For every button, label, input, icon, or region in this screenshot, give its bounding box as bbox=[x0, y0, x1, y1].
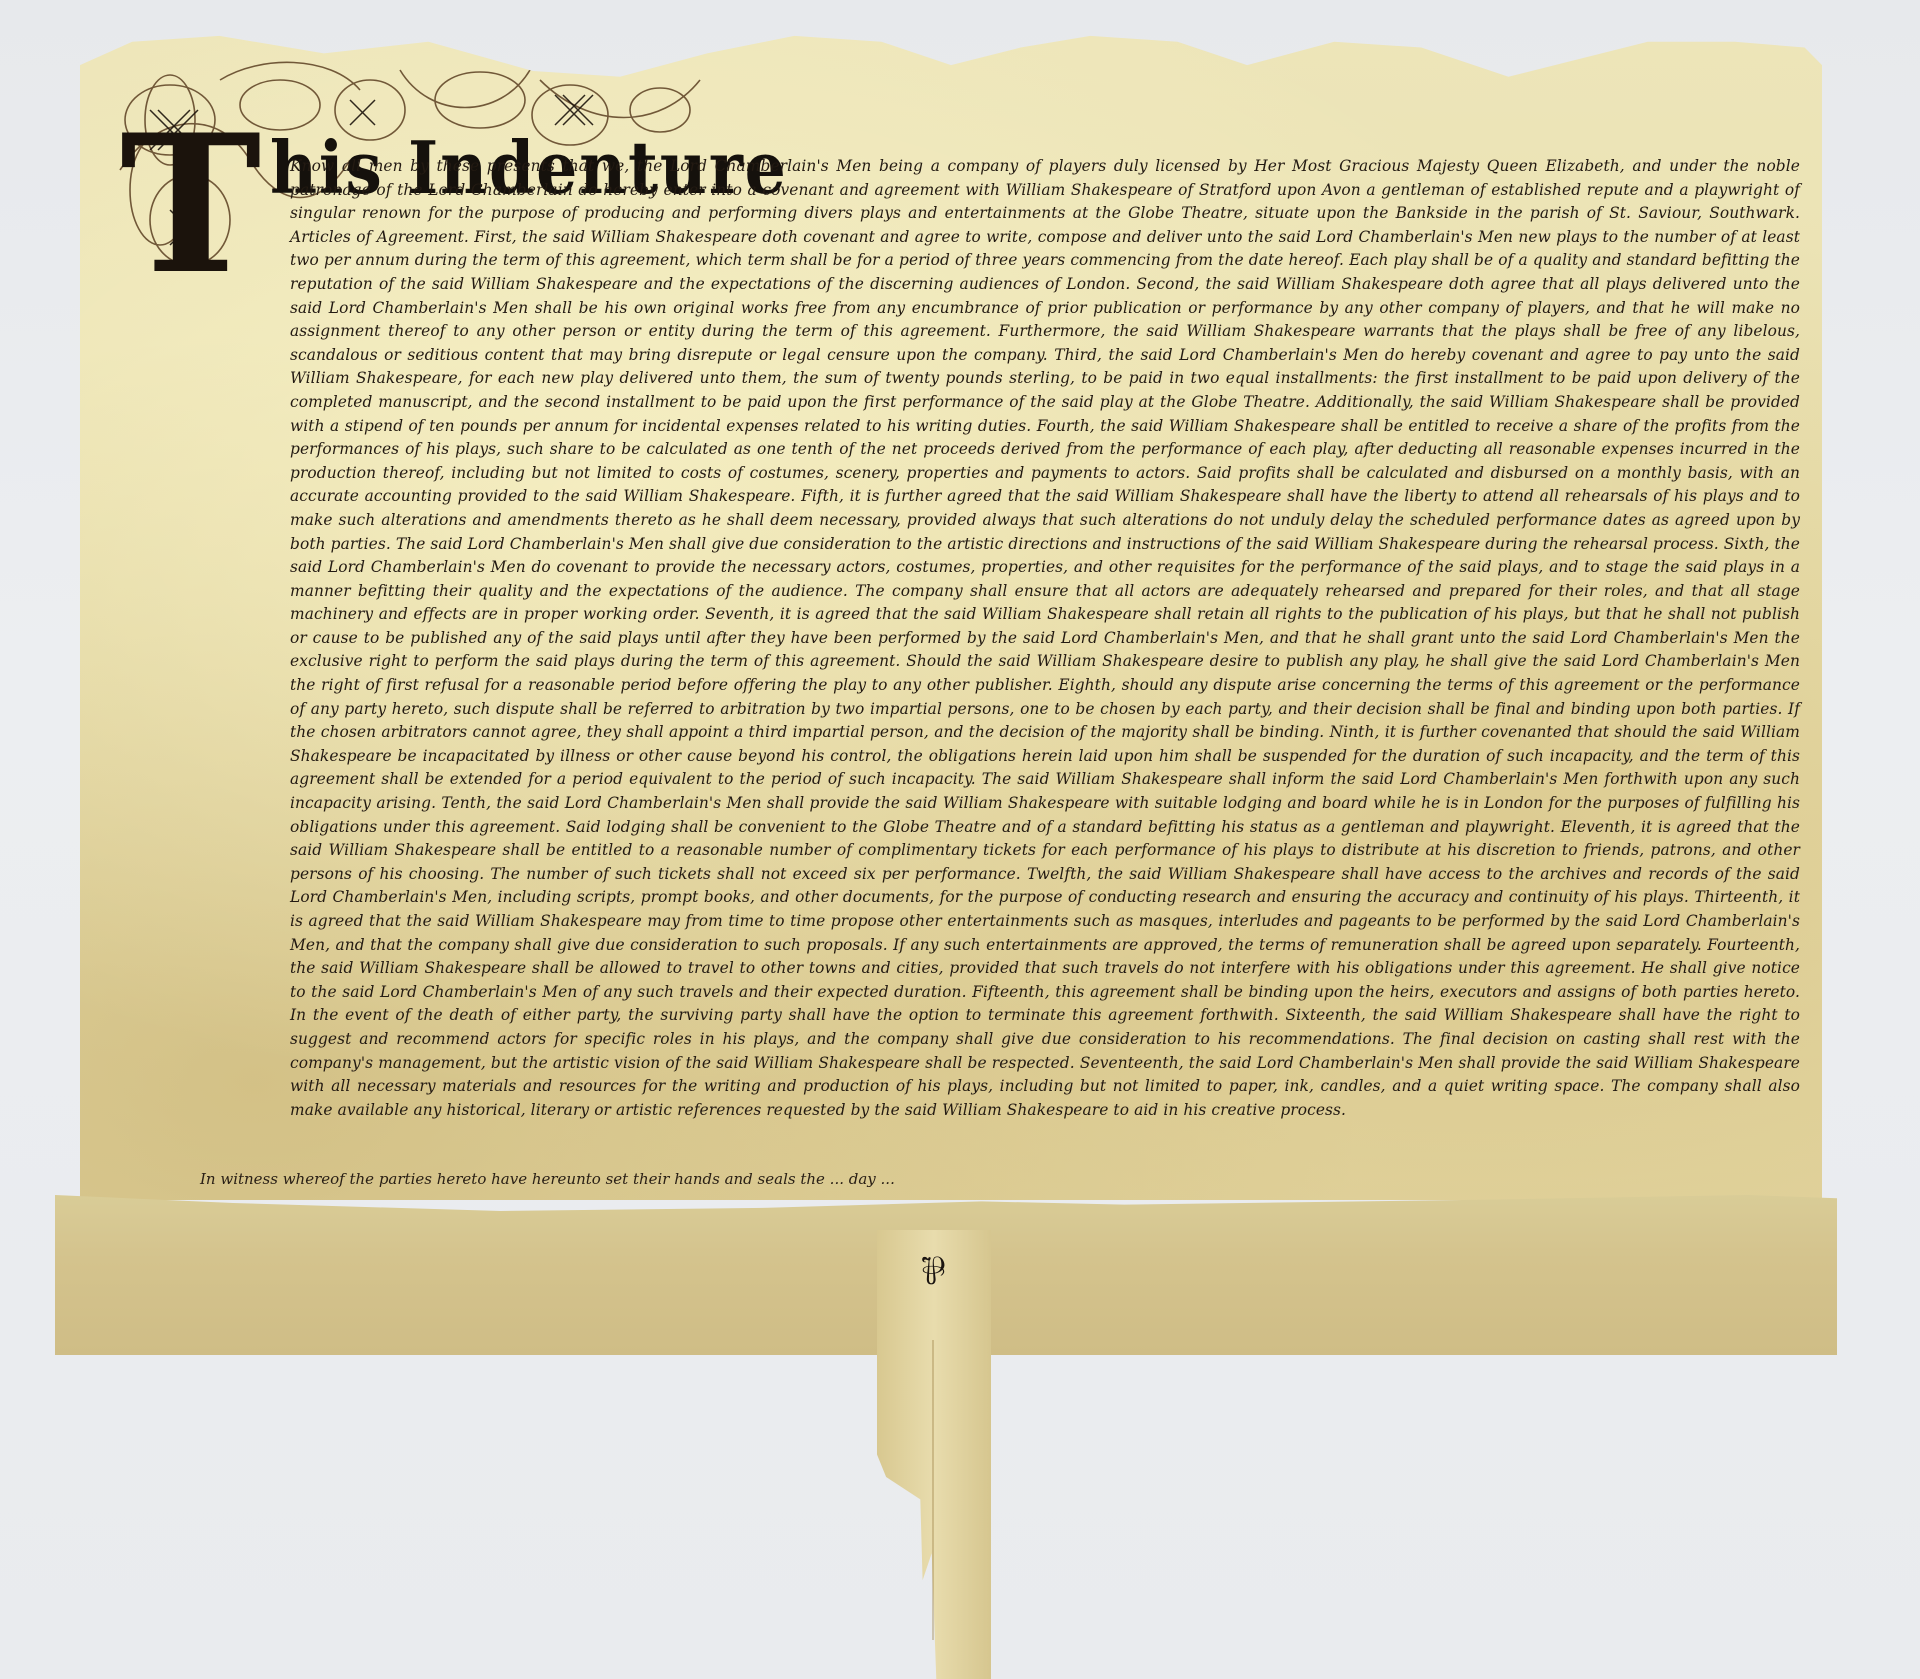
monogram-icon: ⅌ bbox=[905, 1240, 961, 1300]
witness-clause: In witness whereof the parties hereto ha… bbox=[200, 1170, 895, 1188]
indenture-paragraph: Know all men by these presents that we, … bbox=[290, 157, 1800, 1119]
tag-crease bbox=[932, 1340, 934, 1640]
indenture-parchment: T his Indenture Know all men by these pr… bbox=[80, 30, 1822, 1200]
faint-pencil-note bbox=[295, 1312, 299, 1328]
illuminated-initial: T bbox=[120, 110, 261, 300]
indenture-body: Know all men by these presents that we, … bbox=[290, 155, 1800, 1122]
